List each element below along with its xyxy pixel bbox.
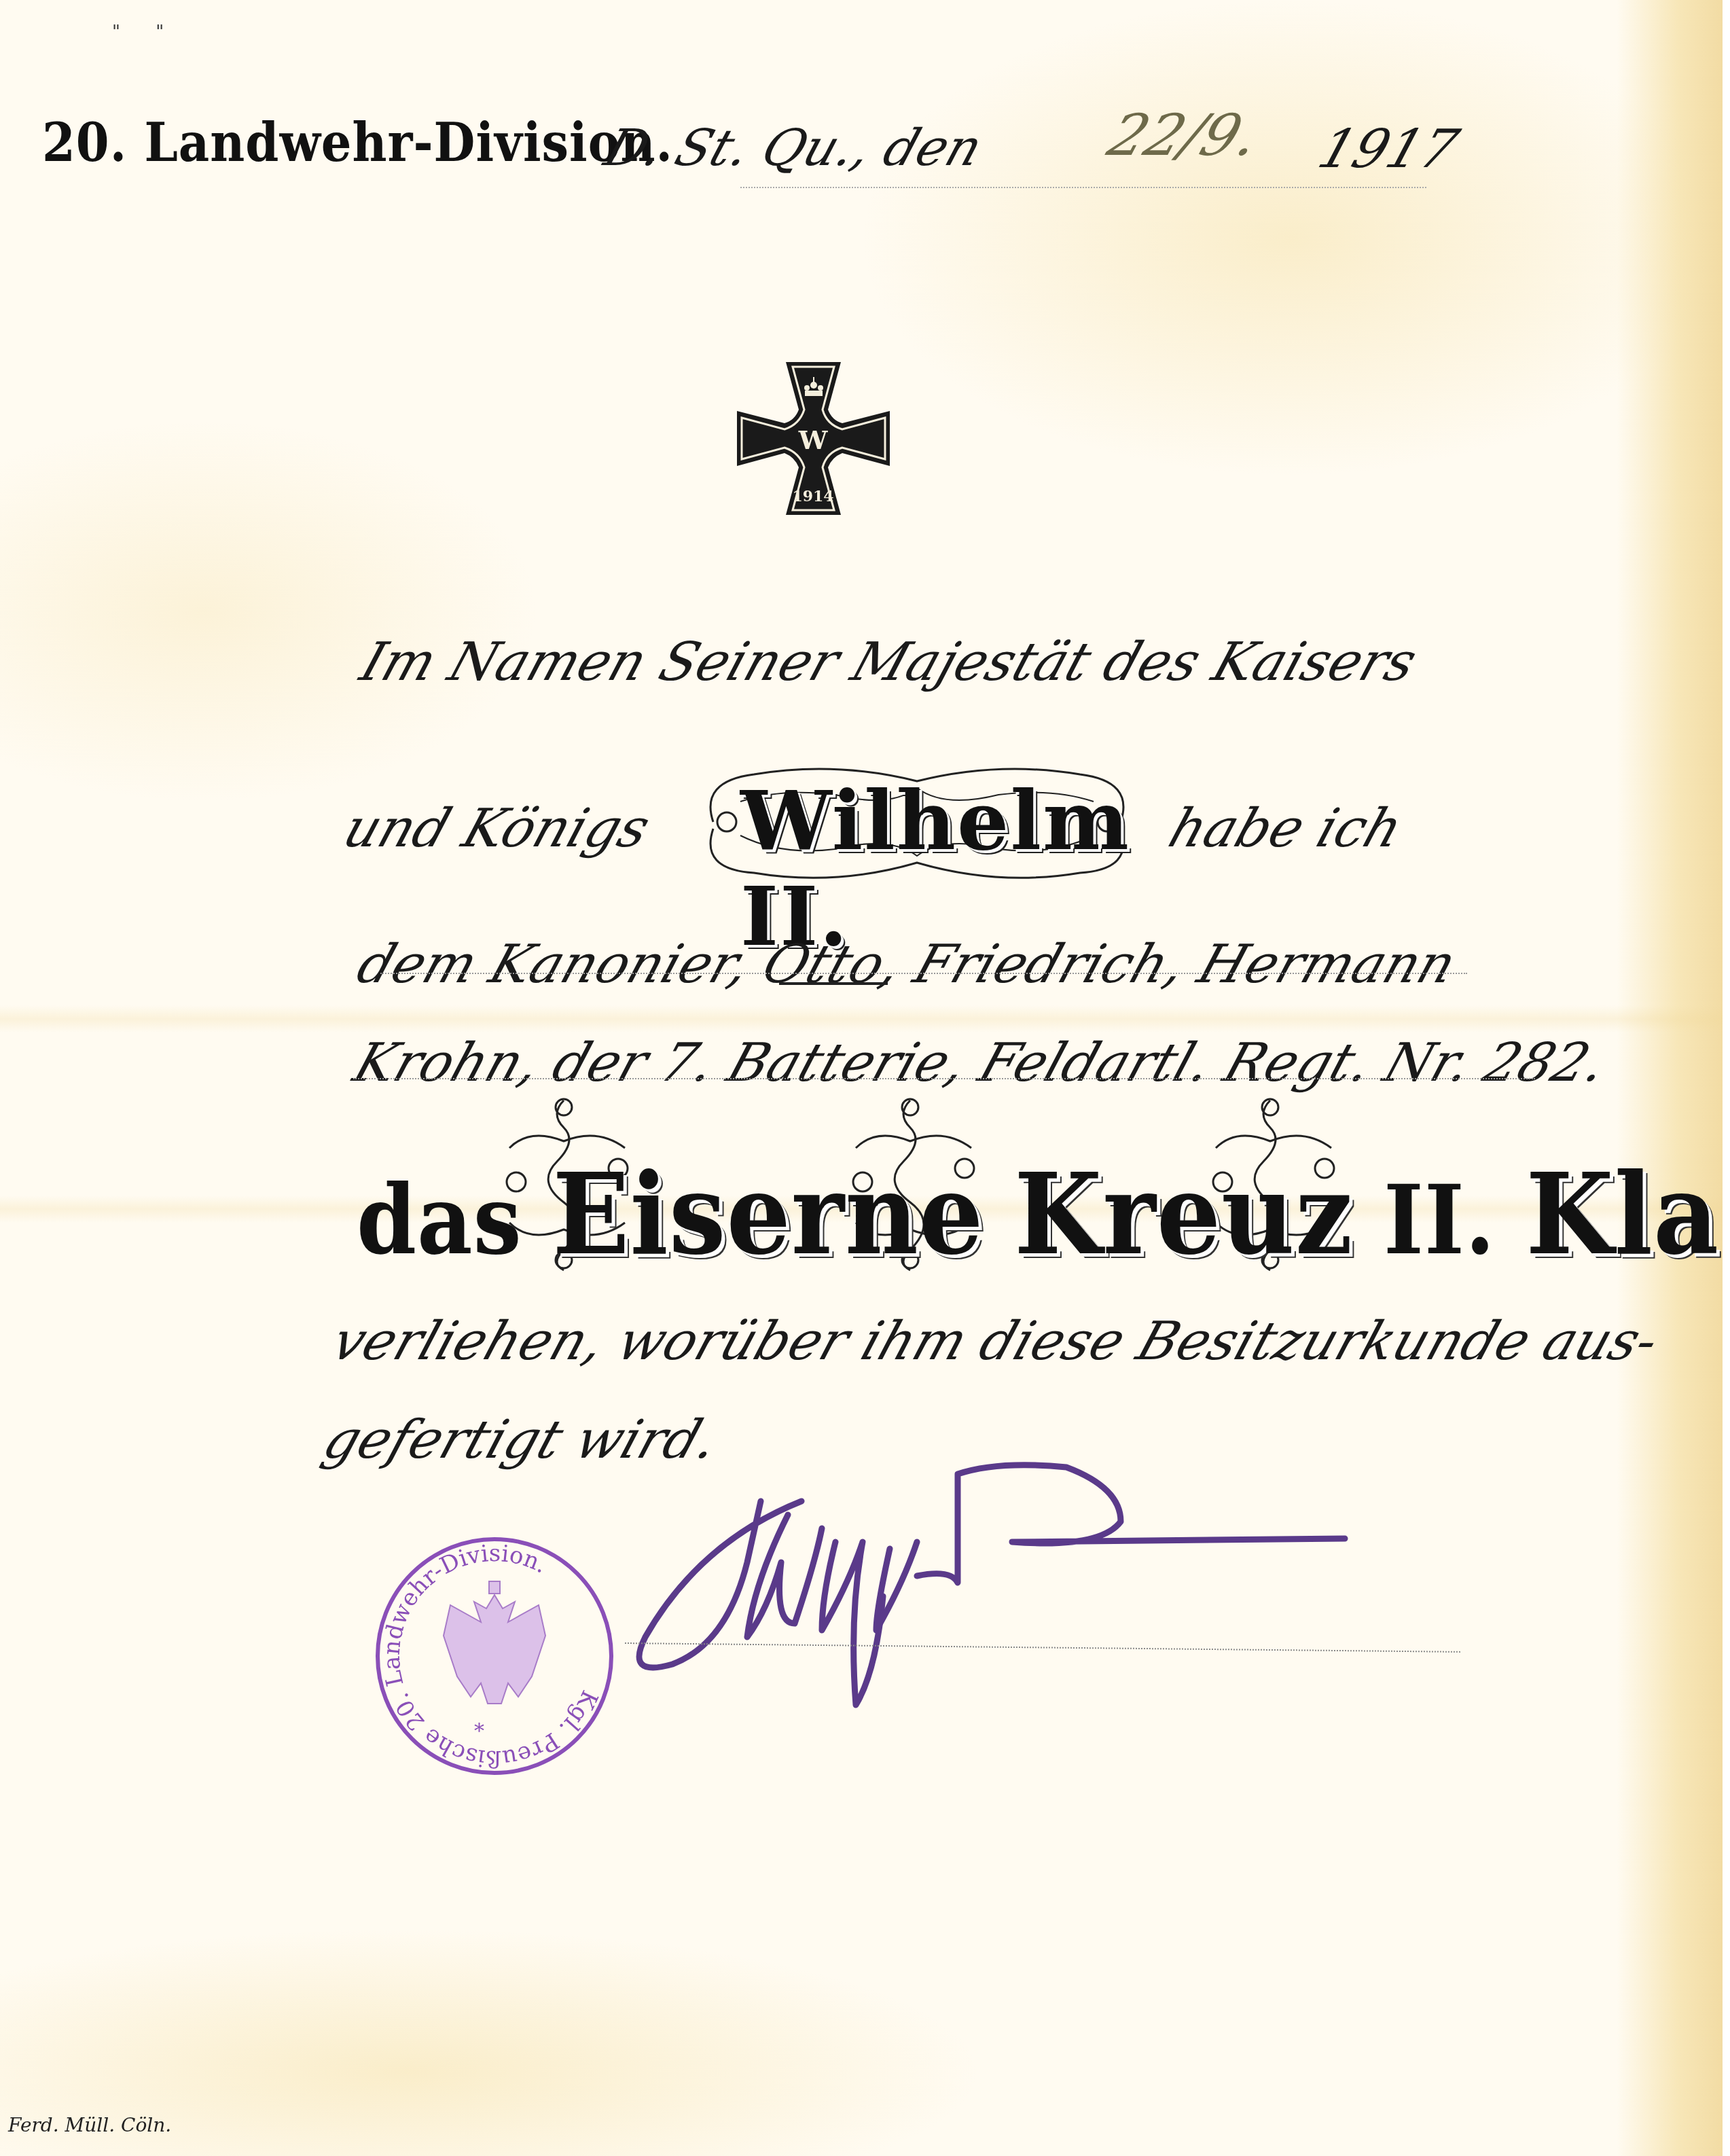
issuing-unit-heading: 20. Landwehr-Division. [42,112,673,174]
prussian-eagle-icon [444,1581,545,1704]
sovereign-name-cartouche: Wilhelm II. [700,754,1134,890]
award-word-eiserne: Eiserne [552,1148,984,1280]
svg-text:1914: 1914 [792,488,833,505]
paper-fold [0,1005,1723,1032]
award-word-klasse: Klasse [1526,1148,1730,1280]
recipient-line-1: dem Kanonier, Otto, Friedrich, Hermann [350,934,1463,995]
award-word-das: das [357,1165,522,1276]
date-day-month: 22/9. [1100,102,1268,168]
body-line-2-post: habe ich [1161,798,1410,859]
place-field: D. St. Qu., den [598,119,990,177]
signature [632,1460,1365,1719]
body-line-5: verliehen, worüber ihm diese Besitzurkun… [325,1311,1666,1372]
first-name-underline [779,982,888,985]
date-ruled-line [740,187,1426,188]
recipient-line-2: Krohn, der 7. Batterie, Feldartl. Regt. … [346,1032,1614,1094]
body-line-2-pre: und Königs [336,798,657,859]
award-word-kreuz: Kreuz [1014,1148,1353,1280]
corner-marks: " " [112,22,179,42]
division-seal-stamp: Kgl. Preußische 20. Landwehr-Division. * [372,1534,617,1778]
printer-mark: Ferd. Müll. Cöln. [8,2114,171,2136]
ruled-line [353,1078,1535,1079]
body-line-1: Im Namen Seiner Majestät des Kaisers [353,632,1424,693]
certificate-paper: " " 20. Landwehr-Division. D. St. Qu., d… [0,0,1723,2156]
scan-edge [1723,0,1730,2156]
award-word-class-numeral: II. [1384,1165,1496,1276]
iron-cross-icon: W 1914 [737,362,890,515]
svg-text:*: * [474,1719,484,1743]
ruled-line [380,973,1467,974]
date-year: 1917 [1311,119,1466,180]
svg-text:W: W [798,425,829,455]
award-title: das Eiserne Kreuz II. Klasse [357,1148,1730,1280]
